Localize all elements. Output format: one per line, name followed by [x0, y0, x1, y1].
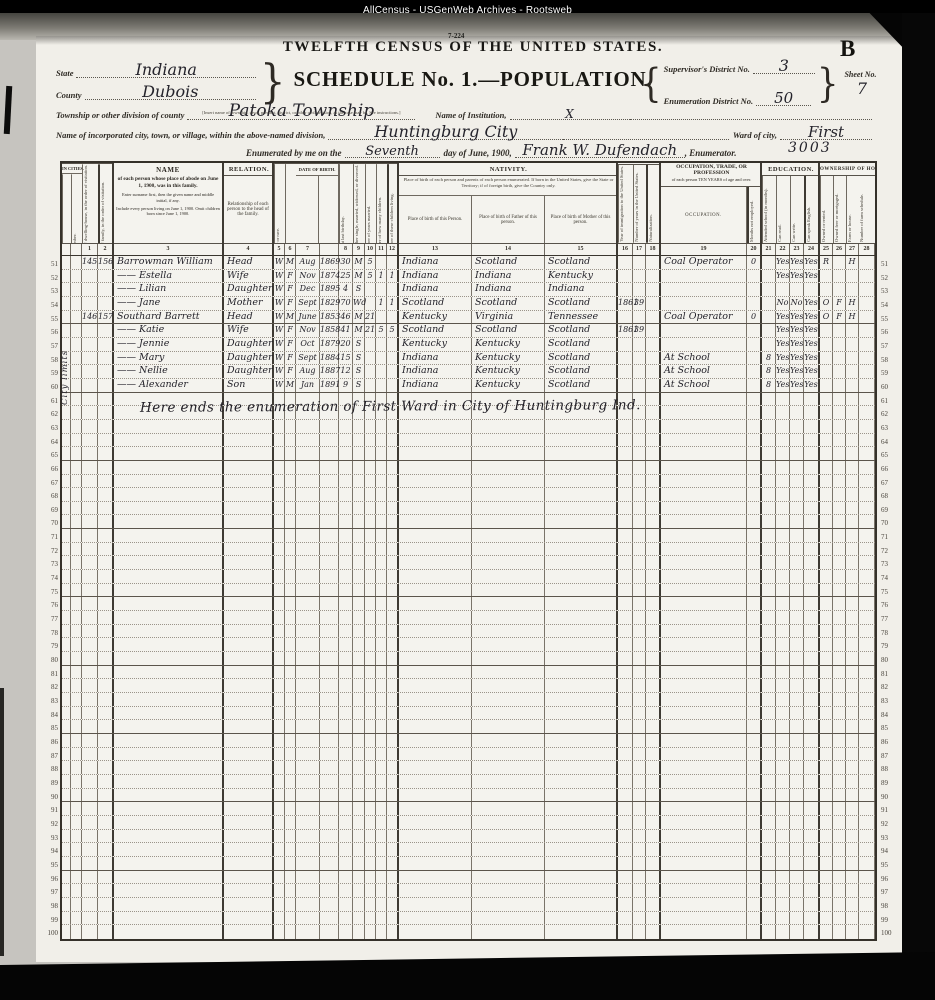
- cell-imm_year: [618, 379, 633, 392]
- cell-house: [71, 283, 82, 296]
- row-number: 83: [881, 695, 895, 709]
- cell-naturalization: [646, 775, 661, 788]
- table-row-60: —— AlexanderSonWMJan18919SIndianaKentuck…: [62, 379, 875, 393]
- col-header-color: Color or race.: [274, 164, 285, 243]
- cell-pob_father: Indiana: [472, 283, 545, 296]
- cell-month: [296, 707, 320, 720]
- cell-relation: [224, 775, 274, 788]
- cell-family: [98, 352, 114, 365]
- col-number-imm_year: 16: [618, 244, 633, 255]
- enumerator-value: Frank W. Dufendach: [522, 141, 677, 159]
- cell-farm_house: [846, 679, 859, 692]
- cell-months_unemployed: [747, 379, 762, 392]
- cell-yrs_us: [633, 365, 646, 378]
- cell-children_living: [387, 379, 399, 392]
- cell-farm_sched: [859, 843, 875, 856]
- cell-school: [762, 447, 776, 460]
- cell-owned: [820, 529, 833, 542]
- cell-color: W: [274, 297, 285, 310]
- cell-dwelling: [82, 475, 98, 488]
- cell-age: [339, 748, 353, 761]
- cell-owned: O: [820, 297, 833, 310]
- cell-mortgage: [833, 884, 846, 897]
- cell-pob_father: [472, 556, 545, 569]
- table-row-72: [62, 543, 875, 557]
- cell-naturalization: [646, 475, 661, 488]
- cell-street: [62, 256, 71, 269]
- institution-label: Name of Institution,: [435, 110, 509, 120]
- cell-house: [71, 270, 82, 283]
- cell-farm_sched: [859, 693, 875, 706]
- cell-relation: Son: [224, 379, 274, 392]
- cell-dwelling: [82, 270, 98, 283]
- cell-year: [320, 761, 339, 774]
- cell-marital: [353, 597, 365, 610]
- cell-marital: [353, 802, 365, 815]
- cell-month: [296, 761, 320, 774]
- cell-relation: Head: [224, 311, 274, 324]
- cell-owned: [820, 638, 833, 651]
- cell-color: [274, 830, 285, 843]
- cell-color: [274, 447, 285, 460]
- cell-children_living: [387, 898, 399, 911]
- cell-yrs_us: [633, 816, 646, 829]
- cell-imm_year: [618, 693, 633, 706]
- cell-year: [320, 843, 339, 856]
- cell-yrs_married: [365, 556, 376, 569]
- cell-name: [114, 830, 224, 843]
- cell-color: [274, 611, 285, 624]
- cell-year: 1853: [320, 311, 339, 324]
- cell-farm_house: [846, 434, 859, 447]
- cell-pob: [399, 556, 472, 569]
- cell-street: [62, 543, 71, 556]
- cell-mortgage: [833, 379, 846, 392]
- cell-months_unemployed: [747, 434, 762, 447]
- cell-dwelling: [82, 461, 98, 474]
- cell-yrs_married: [365, 748, 376, 761]
- cell-pob_mother: Kentucky: [545, 270, 618, 283]
- cell-months_unemployed: [747, 597, 762, 610]
- cell-naturalization: [646, 597, 661, 610]
- cell-year: [320, 748, 339, 761]
- cell-family: [98, 857, 114, 870]
- cell-month: [296, 447, 320, 460]
- name-line2: Enter surname first, then the given name…: [116, 192, 220, 203]
- row-number: 100: [881, 927, 895, 941]
- cell-family: [98, 666, 114, 679]
- cell-read: [776, 707, 790, 720]
- cell-color: [274, 625, 285, 638]
- col-number-yrs_us: 17: [633, 244, 646, 255]
- cell-children_living: [387, 556, 399, 569]
- cell-mortgage: [833, 720, 846, 733]
- cell-naturalization: [646, 898, 661, 911]
- table-row-95: [62, 857, 875, 871]
- cell-occupation: [661, 871, 747, 884]
- cell-read: [776, 898, 790, 911]
- table-row-70: [62, 515, 875, 529]
- cell-children_living: [387, 707, 399, 720]
- cell-pob_mother: [545, 925, 618, 939]
- cell-yrs_us: [633, 830, 646, 843]
- row-number: 71: [44, 531, 58, 545]
- cell-color: [274, 816, 285, 829]
- cell-months_unemployed: [747, 830, 762, 843]
- cell-english: [804, 761, 820, 774]
- cell-naturalization: [646, 529, 661, 542]
- cell-owned: [820, 693, 833, 706]
- education-title: EDUCATION.: [762, 163, 820, 176]
- cell-relation: [224, 707, 274, 720]
- cell-pob_mother: [545, 570, 618, 583]
- cell-family: [98, 638, 114, 651]
- cell-month: [296, 556, 320, 569]
- cell-farm_sched: [859, 816, 875, 829]
- cell-pob_father: Scotland: [472, 324, 545, 337]
- cell-pob_mother: [545, 638, 618, 651]
- cell-children_born: [376, 434, 387, 447]
- cell-house: [71, 597, 82, 610]
- cell-farm_house: [846, 925, 859, 939]
- state-value: Indiana: [136, 60, 197, 79]
- cell-marital: [353, 925, 365, 939]
- cell-naturalization: [646, 502, 661, 515]
- cell-pob_father: Virginia: [472, 311, 545, 324]
- cell-year: [320, 925, 339, 939]
- cell-pob: [399, 816, 472, 829]
- cell-pob_father: [472, 447, 545, 460]
- row-number: 64: [881, 436, 895, 450]
- cell-year: 1891: [320, 379, 339, 392]
- cell-marital: S: [353, 379, 365, 392]
- row-number: 81: [44, 668, 58, 682]
- cell-write: [790, 789, 804, 802]
- cell-sex: [285, 625, 296, 638]
- cell-age: [339, 447, 353, 460]
- cell-children_born: [376, 857, 387, 870]
- cell-children_living: 1: [387, 297, 399, 310]
- cell-street: [62, 406, 71, 419]
- cell-street: [62, 625, 71, 638]
- cell-family: [98, 707, 114, 720]
- cell-year: [320, 666, 339, 679]
- cell-owned: [820, 434, 833, 447]
- cell-age: [339, 502, 353, 515]
- table-row-53: —— LilianDaughterWFDec18954SIndianaIndia…: [62, 283, 875, 297]
- cell-pob_mother: [545, 912, 618, 925]
- cell-children_born: [376, 638, 387, 651]
- cell-yrs_married: [365, 693, 376, 706]
- col-header-pob: Place of birth of this Person.: [399, 196, 472, 243]
- cell-relation: [224, 679, 274, 692]
- row-number: 93: [44, 832, 58, 846]
- cell-occupation: [661, 693, 747, 706]
- cell-family: [98, 297, 114, 310]
- col-header-house-number: House Number.: [71, 174, 82, 243]
- cell-write: [790, 488, 804, 501]
- cell-relation: [224, 597, 274, 610]
- cell-children_born: [376, 311, 387, 324]
- cell-name: —— Estella: [114, 270, 224, 283]
- cell-imm_year: [618, 543, 633, 556]
- cell-owned: [820, 352, 833, 365]
- cell-school: [762, 761, 776, 774]
- census-form-page: 7-224 TWELFTH CENSUS OF THE UNITED STATE…: [36, 36, 910, 962]
- table-row-76: [62, 597, 875, 611]
- row-number: 77: [44, 613, 58, 627]
- cell-months_unemployed: [747, 857, 762, 870]
- in-cities-title: IN CITIES.: [62, 164, 82, 174]
- cell-yrs_us: [633, 338, 646, 351]
- cell-imm_year: [618, 256, 633, 269]
- table-row-84: [62, 707, 875, 721]
- city-line: Name of incorporated city, town, or vill…: [56, 128, 872, 140]
- cell-english: Yes: [804, 270, 820, 283]
- cell-house: [71, 515, 82, 528]
- cell-school: [762, 720, 776, 733]
- cell-dwelling: [82, 871, 98, 884]
- cell-children_living: [387, 884, 399, 897]
- occupation-sub: of each person TEN YEARS of age and over…: [661, 177, 762, 182]
- row-number: 87: [881, 750, 895, 764]
- row-number: 56: [44, 326, 58, 340]
- cell-english: [804, 720, 820, 733]
- row-number: 67: [881, 477, 895, 491]
- cell-month: [296, 693, 320, 706]
- cell-relation: [224, 611, 274, 624]
- cell-house: [71, 734, 82, 747]
- table-row-94: [62, 843, 875, 857]
- cell-write: Yes: [790, 379, 804, 392]
- cell-pob_father: [472, 461, 545, 474]
- row-number: 77: [881, 613, 895, 627]
- cell-year: [320, 638, 339, 651]
- row-number: 67: [44, 477, 58, 491]
- enumerated-line: Enumerated by me on the Seventh day of J…: [246, 146, 806, 158]
- cell-imm_year: [618, 679, 633, 692]
- cell-month: Aug: [296, 365, 320, 378]
- cell-street: [62, 748, 71, 761]
- cell-yrs_us: [633, 584, 646, 597]
- cell-farm_sched: [859, 379, 875, 392]
- cell-sex: F: [285, 270, 296, 283]
- cell-dwelling: [82, 761, 98, 774]
- table-row-65: [62, 447, 875, 461]
- district-brace-open: {: [640, 66, 662, 101]
- cell-farm_house: [846, 734, 859, 747]
- cell-dwelling: [82, 406, 98, 419]
- cell-dwelling: [82, 843, 98, 856]
- cell-english: [804, 884, 820, 897]
- cell-imm_year: [618, 611, 633, 624]
- cell-year: [320, 884, 339, 897]
- cell-owned: [820, 488, 833, 501]
- cell-children_born: [376, 625, 387, 638]
- cell-write: Yes: [790, 338, 804, 351]
- cell-yrs_married: [365, 761, 376, 774]
- cell-naturalization: [646, 871, 661, 884]
- cell-farm_house: [846, 420, 859, 433]
- cell-write: [790, 447, 804, 460]
- cell-farm_house: [846, 611, 859, 624]
- cell-write: [790, 679, 804, 692]
- cell-pob_mother: [545, 789, 618, 802]
- cell-yrs_us: [633, 925, 646, 939]
- cell-occupation: [661, 761, 747, 774]
- cell-english: [804, 529, 820, 542]
- cell-read: Yes: [776, 352, 790, 365]
- cell-farm_house: [846, 748, 859, 761]
- cell-occupation: [661, 625, 747, 638]
- cell-name: [114, 775, 224, 788]
- cell-farm_house: [846, 843, 859, 856]
- cell-family: [98, 761, 114, 774]
- cell-months_unemployed: [747, 816, 762, 829]
- cell-english: [804, 843, 820, 856]
- cell-age: [339, 666, 353, 679]
- cell-farm_house: [846, 884, 859, 897]
- cell-marital: [353, 912, 365, 925]
- cell-dwelling: [82, 543, 98, 556]
- cell-pob_father: [472, 420, 545, 433]
- cell-name: [114, 871, 224, 884]
- cell-year: [320, 734, 339, 747]
- cell-children_born: [376, 748, 387, 761]
- district-fields: Supervisor's District No. 3 Enumeration …: [662, 62, 817, 106]
- cell-relation: [224, 543, 274, 556]
- cell-pob: [399, 638, 472, 651]
- cell-owned: [820, 611, 833, 624]
- cell-street: [62, 761, 71, 774]
- cell-pob: [399, 761, 472, 774]
- cell-farm_house: [846, 584, 859, 597]
- cell-marital: [353, 679, 365, 692]
- county-line: County Dubois: [56, 88, 256, 100]
- cell-children_born: [376, 529, 387, 542]
- cell-yrs_married: [365, 488, 376, 501]
- cell-yrs_us: [633, 912, 646, 925]
- cell-marital: [353, 789, 365, 802]
- cell-write: [790, 707, 804, 720]
- cell-dwelling: [82, 802, 98, 815]
- cell-year: 1874: [320, 270, 339, 283]
- cell-imm_year: [618, 420, 633, 433]
- group-education: EDUCATION. Attended school (in months). …: [762, 163, 820, 243]
- cell-house: [71, 447, 82, 460]
- cell-months_unemployed: [747, 488, 762, 501]
- township-field: Patoka Township [Insert name of township…: [187, 108, 415, 120]
- cell-age: 20: [339, 338, 353, 351]
- cell-owned: [820, 324, 833, 337]
- enum-day-value: Seventh: [365, 144, 419, 159]
- cell-family: [98, 556, 114, 569]
- cell-children_living: 5: [387, 324, 399, 337]
- cell-school: [762, 338, 776, 351]
- cell-dwelling: [82, 434, 98, 447]
- cell-owned: [820, 420, 833, 433]
- cell-marital: [353, 556, 365, 569]
- cell-imm_year: [618, 898, 633, 911]
- cell-months_unemployed: [747, 529, 762, 542]
- table-row-75: [62, 584, 875, 598]
- cell-naturalization: [646, 379, 661, 392]
- cell-naturalization: [646, 420, 661, 433]
- cell-marital: M: [353, 324, 365, 337]
- cell-house: [71, 352, 82, 365]
- city-label: Name of incorporated city, town, or vill…: [56, 130, 328, 140]
- cell-school: [762, 502, 776, 515]
- cell-occupation: [661, 830, 747, 843]
- cell-english: [804, 611, 820, 624]
- cell-yrs_us: [633, 543, 646, 556]
- cell-family: [98, 324, 114, 337]
- cell-sex: [285, 734, 296, 747]
- cell-naturalization: [646, 338, 661, 351]
- col-header-farm-or-house: Farm or house.: [846, 176, 859, 243]
- cell-children_born: [376, 611, 387, 624]
- cell-months_unemployed: [747, 365, 762, 378]
- cell-pob_mother: [545, 556, 618, 569]
- cell-pob_mother: [545, 775, 618, 788]
- cell-pob: [399, 748, 472, 761]
- cell-owned: R: [820, 256, 833, 269]
- cell-school: [762, 270, 776, 283]
- table-row-57: —— JennieDaughterWFOct187920SKentuckyKen…: [62, 338, 875, 352]
- cell-children_born: [376, 693, 387, 706]
- cell-relation: [224, 584, 274, 597]
- cell-name: [114, 502, 224, 515]
- cell-school: [762, 734, 776, 747]
- cell-year: [320, 871, 339, 884]
- cell-read: Yes: [776, 365, 790, 378]
- cell-year: [320, 679, 339, 692]
- cell-yrs_us: 39: [633, 324, 646, 337]
- cell-color: W: [274, 270, 285, 283]
- cell-marital: [353, 447, 365, 460]
- cell-occupation: [661, 420, 747, 433]
- cell-year: [320, 802, 339, 815]
- row-number: 97: [44, 886, 58, 900]
- cell-color: [274, 720, 285, 733]
- col-number-occupation: 19: [661, 244, 747, 255]
- cell-pob_mother: [545, 802, 618, 815]
- table-row-96: [62, 871, 875, 885]
- cell-yrs_us: [633, 748, 646, 761]
- cell-pob_mother: [545, 707, 618, 720]
- cell-pob_father: [472, 857, 545, 870]
- cell-marital: [353, 775, 365, 788]
- cell-write: [790, 570, 804, 583]
- city-value: Huntingburg City: [374, 122, 517, 141]
- cell-english: [804, 748, 820, 761]
- row-number: 97: [881, 886, 895, 900]
- col-number-school: 21: [762, 244, 776, 255]
- cell-children_living: [387, 802, 399, 815]
- cell-occupation: Coal Operator: [661, 311, 747, 324]
- cell-imm_year: [618, 270, 633, 283]
- cell-sex: [285, 570, 296, 583]
- cell-house: [71, 475, 82, 488]
- cell-yrs_us: [633, 434, 646, 447]
- cell-pob_father: Scotland: [472, 256, 545, 269]
- cell-color: [274, 652, 285, 665]
- cell-family: [98, 488, 114, 501]
- cell-name: —— Jennie: [114, 338, 224, 351]
- cell-read: Yes: [776, 338, 790, 351]
- cell-age: [339, 584, 353, 597]
- cell-marital: [353, 638, 365, 651]
